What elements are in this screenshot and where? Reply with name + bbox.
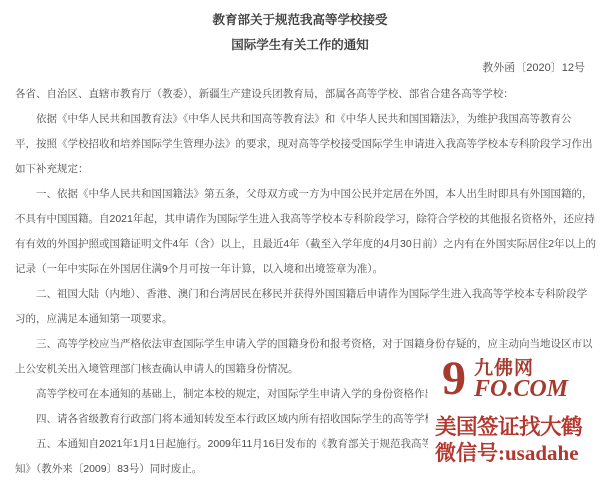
document-line: 三、高等学校应当严格依法审查国际学生申请入学的国籍身份和报考资格，对于国籍身份存…	[15, 332, 588, 357]
site-watermark: 9 九佛网 FO.COM 美国签证找大鹤 微信号:usadahe	[428, 355, 600, 482]
document-title: 教育部关于规范我高等学校接受 国际学生有关工作的通知	[0, 0, 600, 58]
document-line: 有有效的外国护照或国籍证明文件4年（含）以上，且最近4年（截至入学年度的4月30…	[15, 232, 588, 257]
site-logo: 9 九佛网 FO.COM	[428, 355, 600, 407]
document-line: 一、依据《中华人民共和国国籍法》第五条，父母双方或一方为中国公民并定居在外国，本…	[15, 182, 588, 207]
document-line: 平，按照《学校招收和培养国际学生管理办法》的要求，现对高等学校接受国际学生申请进…	[15, 132, 588, 157]
document-line: 依据《中华人民共和国教育法》《中华人民共和国高等教育法》和《中华人民共和国国籍法…	[15, 107, 588, 132]
document-line: 如下补充规定：	[15, 157, 588, 182]
document-number: 教外函〔2020〕12号	[0, 60, 600, 76]
watermark-slogan: 美国签证找大鹤	[435, 415, 600, 439]
document-title-line1: 教育部关于规范我高等学校接受	[0, 8, 600, 33]
logo-site-domain: FO.COM	[474, 378, 568, 401]
document-line: 各省、自治区、直辖市教育厅（教委），新疆生产建设兵团教育局，部属各高等学校、部省…	[15, 82, 588, 107]
logo-nine-glyph: 9	[442, 357, 466, 401]
document-title-line2: 国际学生有关工作的通知	[0, 33, 600, 58]
watermark-wechat-handle: 微信号:usadahe	[435, 441, 600, 465]
document-line: 记录（一年中实际在外国居住满9个月可按一年计算，以入境和出境签章为准）。	[15, 257, 588, 282]
document-line: 二、祖国大陆（内地）、香港、澳门和台湾居民在移民并获得外国国籍后申请作为国际学生…	[15, 282, 588, 307]
logo-text-stack: 九佛网 FO.COM	[474, 359, 568, 401]
notice-document-page: 教育部关于规范我高等学校接受 国际学生有关工作的通知 教外函〔2020〕12号 …	[0, 0, 600, 483]
document-line: 不具有中国国籍。自2021年起，其申请作为国际学生进入我高等学校本专科阶段学习，…	[15, 207, 588, 232]
document-line: 习的，应满足本通知第一项要求。	[15, 307, 588, 332]
